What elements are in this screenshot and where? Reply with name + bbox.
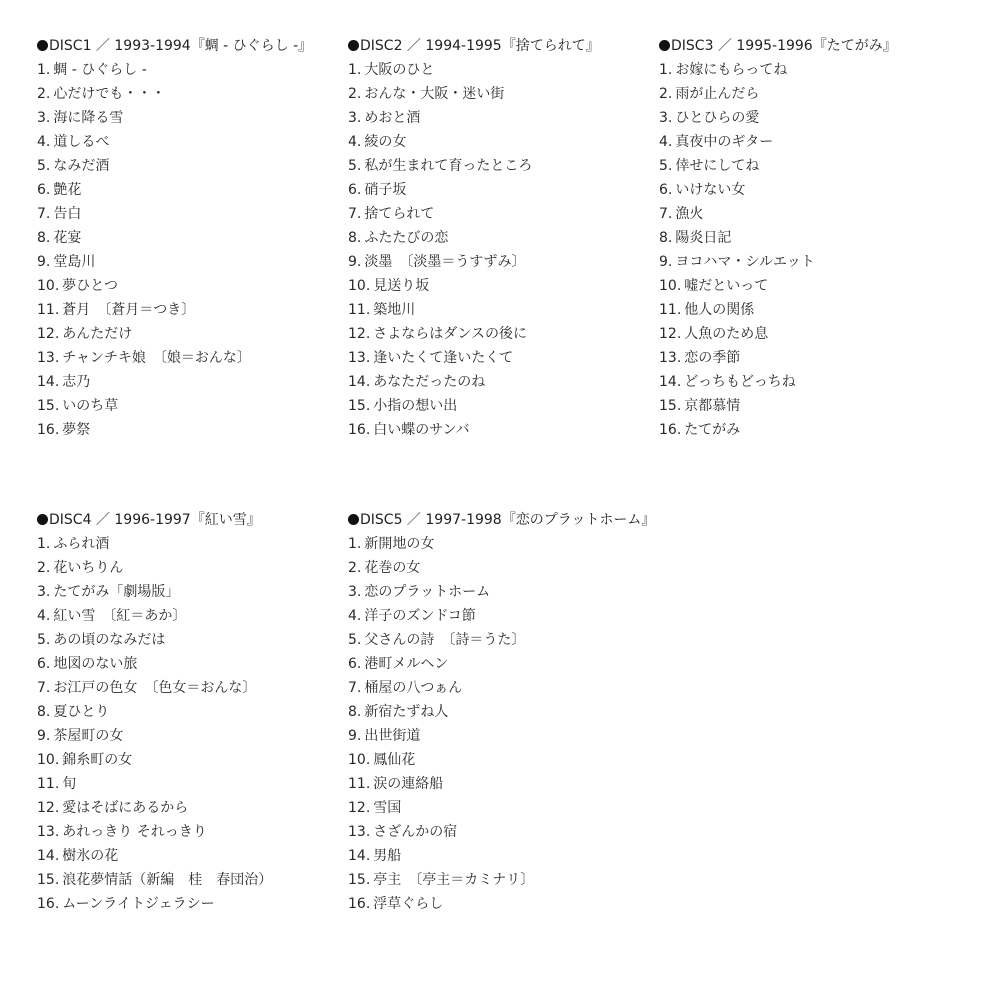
track-title: ふられ酒 xyxy=(53,536,109,552)
track-title: 他人の関係 xyxy=(684,302,754,318)
track-number: 5. xyxy=(37,632,50,648)
track-item: 7.桶屋の八つぁん xyxy=(348,676,658,700)
track-list: 1.ふられ酒2.花いちりん3.たてがみ「劇場版」4.紅い雪 〔紅＝あか〕5.あの… xyxy=(37,532,347,916)
track-item: 11.涙の連絡船 xyxy=(348,772,658,796)
track-number: 3. xyxy=(348,584,361,600)
track-title: 花巻の女 xyxy=(364,560,420,576)
track-item: 8.新宿たずね人 xyxy=(348,700,658,724)
track-item: 10.錦糸町の女 xyxy=(37,748,347,772)
track-item: 7.お江戸の色女 〔色女＝おんな〕 xyxy=(37,676,347,700)
track-item: 10.見送り坂 xyxy=(348,274,658,298)
track-title: 出世街道 xyxy=(364,728,420,744)
track-title: 見送り坂 xyxy=(373,278,429,294)
track-title: 恋の季節 xyxy=(684,350,740,366)
track-number: 1. xyxy=(37,62,50,78)
track-item: 6.いけない女 xyxy=(659,178,969,202)
track-item: 16.たてがみ xyxy=(659,418,969,442)
disc-header: DISC3 ／ 1995-1996『たてがみ』 xyxy=(659,34,969,58)
track-number: 16. xyxy=(348,896,370,912)
track-title: 錦糸町の女 xyxy=(62,752,132,768)
track-title: 浪花夢情話（新編 桂 春団治） xyxy=(62,872,272,888)
track-item: 5.あの頃のなみだは xyxy=(37,628,347,652)
track-title: 蜩 - ひぐらし - xyxy=(53,62,146,78)
bullet-icon xyxy=(348,40,359,51)
track-item: 12.愛はそばにあるから xyxy=(37,796,347,820)
track-item: 8.ふたたびの恋 xyxy=(348,226,658,250)
track-item: 3.めおと酒 xyxy=(348,106,658,130)
track-number: 4. xyxy=(37,608,50,624)
disc-years: 1995-1996 xyxy=(736,38,812,54)
track-number: 2. xyxy=(37,560,50,576)
disc-5-section: DISC5 ／ 1997-1998『恋のプラットホーム』1.新開地の女2.花巻の… xyxy=(348,508,658,916)
track-number: 10. xyxy=(348,278,370,294)
track-title: ひとひらの愛 xyxy=(675,110,759,126)
track-title: 私が生まれて育ったところ xyxy=(364,158,532,174)
track-item: 11.蒼月 〔蒼月＝つき〕 xyxy=(37,298,347,322)
track-number: 9. xyxy=(37,728,50,744)
track-title: 白い蝶のサンバ xyxy=(373,422,469,438)
track-number: 11. xyxy=(348,302,370,318)
track-number: 1. xyxy=(659,62,672,78)
track-title: あの頃のなみだは xyxy=(53,632,165,648)
track-title: あんただけ xyxy=(62,326,132,342)
track-number: 10. xyxy=(348,752,370,768)
track-item: 8.夏ひとり xyxy=(37,700,347,724)
track-title: いのち草 xyxy=(62,398,118,414)
track-item: 3.ひとひらの愛 xyxy=(659,106,969,130)
track-title: 告白 xyxy=(53,206,81,222)
track-title: 港町メルヘン xyxy=(364,656,448,672)
track-title: めおと酒 xyxy=(364,110,420,126)
disc-label: DISC2 xyxy=(360,38,402,54)
track-title: 雨が止んだら xyxy=(675,86,759,102)
track-title: 夢ひとつ xyxy=(62,278,118,294)
disc-years: 1994-1995 xyxy=(425,38,501,54)
disc-years: 1996-1997 xyxy=(114,512,190,528)
track-title: 恋のプラットホーム xyxy=(364,584,490,600)
track-number: 5. xyxy=(348,632,361,648)
track-number: 6. xyxy=(659,182,672,198)
track-title: 心だけでも・・・ xyxy=(53,86,165,102)
disc-album-title: 『恋のプラットホーム』 xyxy=(502,512,656,528)
track-item: 3.たてがみ「劇場版」 xyxy=(37,580,347,604)
track-number: 8. xyxy=(37,230,50,246)
track-number: 15. xyxy=(348,872,370,888)
track-number: 10. xyxy=(37,752,59,768)
disc-header: DISC5 ／ 1997-1998『恋のプラットホーム』 xyxy=(348,508,658,532)
track-title: あなただったのね xyxy=(373,374,485,390)
track-number: 16. xyxy=(37,422,59,438)
track-number: 14. xyxy=(659,374,681,390)
track-number: 13. xyxy=(37,350,59,366)
track-number: 6. xyxy=(37,182,50,198)
track-item: 1.大阪のひと xyxy=(348,58,658,82)
track-title: 人魚のため息 xyxy=(684,326,768,342)
track-item: 9.茶屋町の女 xyxy=(37,724,347,748)
track-item: 8.陽炎日記 xyxy=(659,226,969,250)
track-title: 志乃 xyxy=(62,374,90,390)
track-title: チャンチキ娘 〔娘＝おんな〕 xyxy=(62,350,251,366)
track-number: 2. xyxy=(37,86,50,102)
track-item: 9.淡墨 〔淡墨＝うすずみ〕 xyxy=(348,250,658,274)
disc-label: DISC1 xyxy=(49,38,91,54)
separator: ／ xyxy=(91,38,114,54)
track-title: 道しるべ xyxy=(53,134,109,150)
track-item: 7.漁火 xyxy=(659,202,969,226)
track-list: 1.蜩 - ひぐらし -2.心だけでも・・・3.海に降る雪4.道しるべ5.なみだ… xyxy=(37,58,347,442)
track-title: ふたたびの恋 xyxy=(364,230,448,246)
track-item: 10.夢ひとつ xyxy=(37,274,347,298)
track-title: 花いちりん xyxy=(53,560,123,576)
track-title: 花宴 xyxy=(53,230,81,246)
track-title: 堂島川 xyxy=(53,254,95,270)
track-item: 3.恋のプラットホーム xyxy=(348,580,658,604)
track-number: 2. xyxy=(659,86,672,102)
track-item: 16.夢祭 xyxy=(37,418,347,442)
track-title: さざんかの宿 xyxy=(373,824,457,840)
track-item: 13.あれっきり それっきり xyxy=(37,820,347,844)
track-item: 6.硝子坂 xyxy=(348,178,658,202)
track-item: 2.心だけでも・・・ xyxy=(37,82,347,106)
track-number: 11. xyxy=(37,302,59,318)
track-title: ムーンライトジェラシー xyxy=(62,896,214,912)
track-title: 洋子のズンドコ節 xyxy=(364,608,475,624)
track-title: いけない女 xyxy=(675,182,745,198)
track-number: 7. xyxy=(659,206,672,222)
disc-4-section: DISC4 ／ 1996-1997『紅い雪』1.ふられ酒2.花いちりん3.たてが… xyxy=(37,508,347,916)
track-item: 5.なみだ酒 xyxy=(37,154,347,178)
track-title: 雪国 xyxy=(373,800,401,816)
track-item: 1.お嫁にもらってね xyxy=(659,58,969,82)
track-title: 茶屋町の女 xyxy=(53,728,123,744)
track-title: 陽炎日記 xyxy=(675,230,731,246)
track-item: 2.花巻の女 xyxy=(348,556,658,580)
track-item: 8.花宴 xyxy=(37,226,347,250)
track-item: 1.新開地の女 xyxy=(348,532,658,556)
track-number: 5. xyxy=(659,158,672,174)
track-item: 12.あんただけ xyxy=(37,322,347,346)
track-title: 男船 xyxy=(373,848,401,864)
track-number: 15. xyxy=(659,398,681,414)
track-item: 14.樹氷の花 xyxy=(37,844,347,868)
separator: ／ xyxy=(713,38,736,54)
track-number: 16. xyxy=(37,896,59,912)
track-title: 夏ひとり xyxy=(53,704,109,720)
disc-album-title: 『紅い雪』 xyxy=(191,512,261,528)
track-item: 5.私が生まれて育ったところ xyxy=(348,154,658,178)
track-title: 紅い雪 〔紅＝あか〕 xyxy=(53,608,186,624)
track-number: 7. xyxy=(348,680,361,696)
track-item: 15.浪花夢情話（新編 桂 春団治） xyxy=(37,868,347,892)
track-number: 11. xyxy=(37,776,59,792)
track-number: 16. xyxy=(659,422,681,438)
track-number: 11. xyxy=(348,776,370,792)
track-title: 逢いたくて逢いたくて xyxy=(373,350,513,366)
track-number: 2. xyxy=(348,560,361,576)
track-number: 15. xyxy=(348,398,370,414)
track-number: 2. xyxy=(348,86,361,102)
track-item: 15.いのち草 xyxy=(37,394,347,418)
track-title: 桶屋の八つぁん xyxy=(364,680,462,696)
track-number: 12. xyxy=(348,326,370,342)
track-number: 8. xyxy=(659,230,672,246)
track-number: 4. xyxy=(348,608,361,624)
track-title: 漁火 xyxy=(675,206,703,222)
disc-album-title: 『捨てられて』 xyxy=(502,38,600,54)
track-item: 3.海に降る雪 xyxy=(37,106,347,130)
track-number: 8. xyxy=(37,704,50,720)
bullet-icon xyxy=(37,514,48,525)
disc-years: 1993-1994 xyxy=(114,38,190,54)
track-item: 1.ふられ酒 xyxy=(37,532,347,556)
track-item: 12.人魚のため息 xyxy=(659,322,969,346)
track-title: ヨコハマ・シルエット xyxy=(675,254,814,270)
track-number: 13. xyxy=(37,824,59,840)
track-number: 9. xyxy=(37,254,50,270)
track-title: 嘘だといって xyxy=(684,278,768,294)
track-title: 小指の想い出 xyxy=(373,398,457,414)
track-number: 10. xyxy=(37,278,59,294)
track-title: 亭主 〔亭主＝カミナリ〕 xyxy=(373,872,534,888)
disc-2-section: DISC2 ／ 1994-1995『捨てられて』1.大阪のひと2.おんな・大阪・… xyxy=(348,34,658,442)
track-title: 愛はそばにあるから xyxy=(62,800,188,816)
track-title: 硝子坂 xyxy=(364,182,406,198)
track-title: たてがみ「劇場版」 xyxy=(53,584,179,600)
disc-header: DISC2 ／ 1994-1995『捨てられて』 xyxy=(348,34,658,58)
track-item: 11.他人の関係 xyxy=(659,298,969,322)
track-number: 7. xyxy=(37,206,50,222)
track-number: 6. xyxy=(37,656,50,672)
track-item: 16.白い蝶のサンバ xyxy=(348,418,658,442)
track-number: 9. xyxy=(348,254,361,270)
track-item: 5.父さんの詩 〔詩＝うた〕 xyxy=(348,628,658,652)
track-number: 7. xyxy=(37,680,50,696)
track-item: 14.男船 xyxy=(348,844,658,868)
track-item: 6.艶花 xyxy=(37,178,347,202)
track-item: 16.ムーンライトジェラシー xyxy=(37,892,347,916)
separator: ／ xyxy=(402,512,425,528)
track-item: 11.旬 xyxy=(37,772,347,796)
track-title: 艶花 xyxy=(53,182,81,198)
track-list: 1.お嫁にもらってね2.雨が止んだら3.ひとひらの愛4.真夜中のギター5.倖せに… xyxy=(659,58,969,442)
track-number: 4. xyxy=(37,134,50,150)
track-title: 浮草ぐらし xyxy=(373,896,443,912)
track-title: なみだ酒 xyxy=(53,158,109,174)
track-title: 新開地の女 xyxy=(364,536,434,552)
track-item: 9.出世街道 xyxy=(348,724,658,748)
track-title: お江戸の色女 〔色女＝おんな〕 xyxy=(53,680,256,696)
track-item: 6.港町メルヘン xyxy=(348,652,658,676)
track-item: 4.紅い雪 〔紅＝あか〕 xyxy=(37,604,347,628)
track-title: 真夜中のギター xyxy=(675,134,773,150)
track-number: 3. xyxy=(348,110,361,126)
track-item: 5.倖せにしてね xyxy=(659,154,969,178)
track-title: おんな・大阪・迷い街 xyxy=(364,86,504,102)
track-item: 14.どっちもどっちね xyxy=(659,370,969,394)
track-item: 2.花いちりん xyxy=(37,556,347,580)
track-number: 11. xyxy=(659,302,681,318)
track-item: 15.小指の想い出 xyxy=(348,394,658,418)
track-title: 大阪のひと xyxy=(364,62,434,78)
track-number: 14. xyxy=(37,374,59,390)
track-number: 5. xyxy=(348,158,361,174)
track-item: 2.おんな・大阪・迷い街 xyxy=(348,82,658,106)
track-title: 新宿たずね人 xyxy=(364,704,448,720)
track-title: 蒼月 〔蒼月＝つき〕 xyxy=(62,302,195,318)
track-number: 15. xyxy=(37,872,59,888)
track-number: 6. xyxy=(348,182,361,198)
track-item: 1.蜩 - ひぐらし - xyxy=(37,58,347,82)
track-number: 3. xyxy=(37,110,50,126)
track-number: 8. xyxy=(348,230,361,246)
track-title: どっちもどっちね xyxy=(684,374,795,390)
disc-header: DISC1 ／ 1993-1994『蜩 - ひぐらし -』 xyxy=(37,34,347,58)
track-title: 海に降る雪 xyxy=(53,110,123,126)
track-item: 15.京都慕情 xyxy=(659,394,969,418)
track-number: 13. xyxy=(348,350,370,366)
track-title: 倖せにしてね xyxy=(675,158,759,174)
bullet-icon xyxy=(659,40,670,51)
track-number: 9. xyxy=(348,728,361,744)
separator: ／ xyxy=(402,38,425,54)
disc-label: DISC4 xyxy=(49,512,91,528)
track-item: 14.あなただったのね xyxy=(348,370,658,394)
track-number: 4. xyxy=(659,134,672,150)
separator: ／ xyxy=(91,512,114,528)
track-number: 13. xyxy=(348,824,370,840)
bullet-icon xyxy=(37,40,48,51)
track-number: 14. xyxy=(348,374,370,390)
track-title: 捨てられて xyxy=(364,206,434,222)
track-item: 7.告白 xyxy=(37,202,347,226)
track-item: 14.志乃 xyxy=(37,370,347,394)
track-title: たてがみ xyxy=(684,422,740,438)
track-title: 綾の女 xyxy=(364,134,406,150)
bullet-icon xyxy=(348,514,359,525)
track-title: 涙の連絡船 xyxy=(373,776,443,792)
disc-1-section: DISC1 ／ 1993-1994『蜩 - ひぐらし -』1.蜩 - ひぐらし … xyxy=(37,34,347,442)
track-item: 12.さよならはダンスの後に xyxy=(348,322,658,346)
track-item: 16.浮草ぐらし xyxy=(348,892,658,916)
track-item: 4.真夜中のギター xyxy=(659,130,969,154)
track-item: 6.地図のない旅 xyxy=(37,652,347,676)
track-title: 樹氷の花 xyxy=(62,848,118,864)
disc-years: 1997-1998 xyxy=(425,512,501,528)
track-title: あれっきり それっきり xyxy=(62,824,206,840)
track-number: 12. xyxy=(37,326,59,342)
track-item: 12.雪国 xyxy=(348,796,658,820)
track-title: 築地川 xyxy=(373,302,415,318)
track-number: 5. xyxy=(37,158,50,174)
track-title: 夢祭 xyxy=(62,422,90,438)
track-title: 淡墨 〔淡墨＝うすずみ〕 xyxy=(364,254,525,270)
track-title: さよならはダンスの後に xyxy=(373,326,527,342)
track-item: 13.チャンチキ娘 〔娘＝おんな〕 xyxy=(37,346,347,370)
track-title: 父さんの詩 〔詩＝うた〕 xyxy=(364,632,525,648)
track-title: 鳳仙花 xyxy=(373,752,415,768)
track-number: 7. xyxy=(348,206,361,222)
track-number: 10. xyxy=(659,278,681,294)
track-title: 旬 xyxy=(62,776,76,792)
track-item: 2.雨が止んだら xyxy=(659,82,969,106)
track-item: 9.ヨコハマ・シルエット xyxy=(659,250,969,274)
track-number: 13. xyxy=(659,350,681,366)
track-number: 14. xyxy=(37,848,59,864)
track-number: 8. xyxy=(348,704,361,720)
track-item: 9.堂島川 xyxy=(37,250,347,274)
track-item: 10.鳳仙花 xyxy=(348,748,658,772)
track-number: 12. xyxy=(348,800,370,816)
track-number: 6. xyxy=(348,656,361,672)
track-number: 1. xyxy=(37,536,50,552)
track-item: 13.さざんかの宿 xyxy=(348,820,658,844)
track-number: 1. xyxy=(348,62,361,78)
track-item: 13.恋の季節 xyxy=(659,346,969,370)
track-item: 7.捨てられて xyxy=(348,202,658,226)
track-number: 3. xyxy=(37,584,50,600)
track-list: 1.新開地の女2.花巻の女3.恋のプラットホーム4.洋子のズンドコ節5.父さんの… xyxy=(348,532,658,916)
disc-album-title: 『蜩 - ひぐらし -』 xyxy=(191,38,312,54)
track-item: 4.洋子のズンドコ節 xyxy=(348,604,658,628)
disc-label: DISC5 xyxy=(360,512,402,528)
track-title: 地図のない旅 xyxy=(53,656,137,672)
track-number: 1. xyxy=(348,536,361,552)
track-item: 4.道しるべ xyxy=(37,130,347,154)
track-title: お嫁にもらってね xyxy=(675,62,787,78)
disc-album-title: 『たてがみ』 xyxy=(813,38,897,54)
track-number: 14. xyxy=(348,848,370,864)
track-item: 13.逢いたくて逢いたくて xyxy=(348,346,658,370)
track-item: 11.築地川 xyxy=(348,298,658,322)
track-number: 9. xyxy=(659,254,672,270)
track-number: 3. xyxy=(659,110,672,126)
track-item: 15.亭主 〔亭主＝カミナリ〕 xyxy=(348,868,658,892)
track-number: 16. xyxy=(348,422,370,438)
track-item: 4.綾の女 xyxy=(348,130,658,154)
track-number: 12. xyxy=(37,800,59,816)
track-item: 10.嘘だといって xyxy=(659,274,969,298)
track-number: 15. xyxy=(37,398,59,414)
track-number: 4. xyxy=(348,134,361,150)
disc-header: DISC4 ／ 1996-1997『紅い雪』 xyxy=(37,508,347,532)
track-number: 12. xyxy=(659,326,681,342)
disc-label: DISC3 xyxy=(671,38,713,54)
track-list: 1.大阪のひと2.おんな・大阪・迷い街3.めおと酒4.綾の女5.私が生まれて育っ… xyxy=(348,58,658,442)
disc-3-section: DISC3 ／ 1995-1996『たてがみ』1.お嫁にもらってね2.雨が止んだ… xyxy=(659,34,969,442)
track-title: 京都慕情 xyxy=(684,398,740,414)
